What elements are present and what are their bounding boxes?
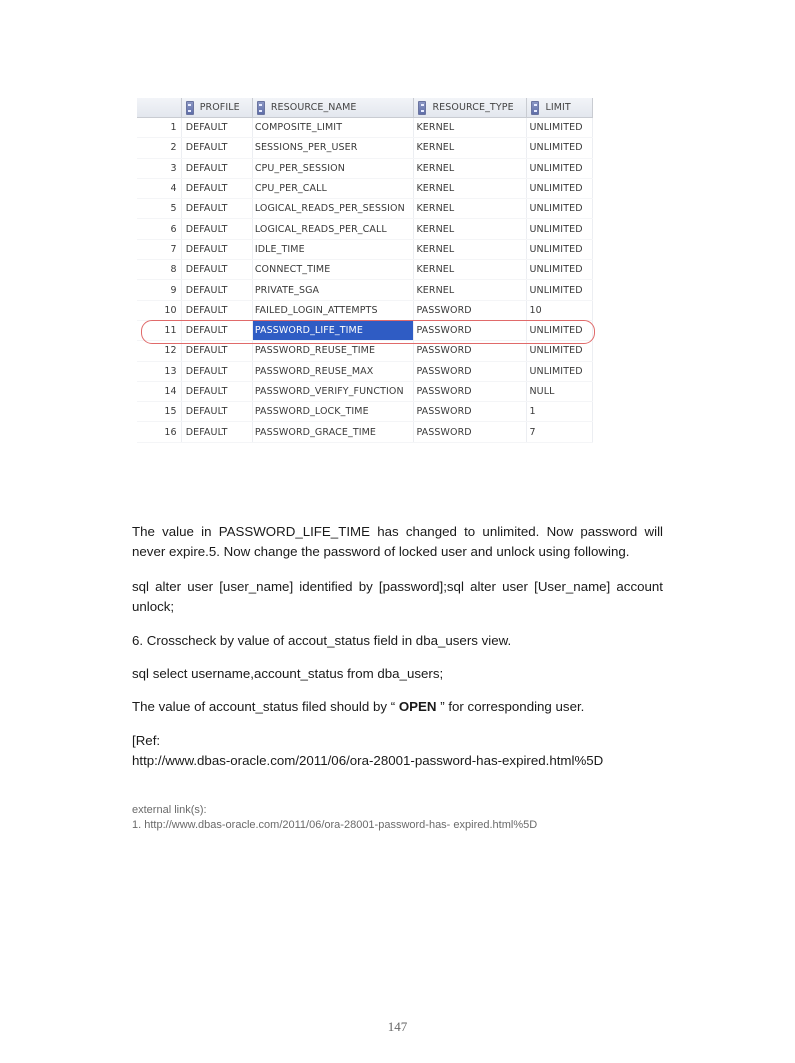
table-row[interactable]: 15DEFAULTPASSWORD_LOCK_TIMEPASSWORD1 [137,402,593,422]
cell-resource-type[interactable]: KERNEL [414,280,527,300]
row-number[interactable]: 9 [137,280,181,300]
column-header-limit[interactable]: LIMIT [527,98,593,118]
row-number[interactable]: 10 [137,300,181,320]
column-header-resource-name[interactable]: RESOURCE_NAME [252,98,414,118]
cell-resource-type[interactable]: KERNEL [414,118,527,138]
table-row[interactable]: 16DEFAULTPASSWORD_GRACE_TIMEPASSWORD7 [137,422,593,442]
cell-profile[interactable]: DEFAULT [181,178,252,198]
cell-limit[interactable]: UNLIMITED [527,260,593,280]
cell-resource-name[interactable]: PASSWORD_VERIFY_FUNCTION [252,381,414,401]
cell-resource-type[interactable]: KERNEL [414,219,527,239]
cell-resource-type[interactable]: KERNEL [414,260,527,280]
cell-resource-name[interactable]: IDLE_TIME [252,239,414,259]
cell-profile[interactable]: DEFAULT [181,118,252,138]
row-number[interactable]: 12 [137,341,181,361]
cell-limit[interactable]: UNLIMITED [527,158,593,178]
cell-limit[interactable]: 7 [527,422,593,442]
row-number[interactable]: 15 [137,402,181,422]
cell-limit[interactable]: UNLIMITED [527,341,593,361]
cell-resource-type[interactable]: KERNEL [414,199,527,219]
cell-profile[interactable]: DEFAULT [181,260,252,280]
cell-limit[interactable]: NULL [527,381,593,401]
paragraph-crosscheck: 6. Crosscheck by value of accout_status … [132,631,663,651]
cell-resource-type[interactable]: KERNEL [414,158,527,178]
table-row[interactable]: 13DEFAULTPASSWORD_REUSE_MAXPASSWORDUNLIM… [137,361,593,381]
table-row[interactable]: 2DEFAULTSESSIONS_PER_USERKERNELUNLIMITED [137,138,593,158]
row-number[interactable]: 8 [137,260,181,280]
cell-profile[interactable]: DEFAULT [181,402,252,422]
cell-resource-type[interactable]: PASSWORD [414,381,527,401]
cell-resource-type[interactable]: KERNEL [414,178,527,198]
cell-limit[interactable]: UNLIMITED [527,361,593,381]
table-row[interactable]: 8DEFAULTCONNECT_TIMEKERNELUNLIMITED [137,260,593,280]
cell-profile[interactable]: DEFAULT [181,219,252,239]
cell-profile[interactable]: DEFAULT [181,300,252,320]
reference-url[interactable]: http://www.dbas-oracle.com/2011/06/ora-2… [132,751,663,771]
cell-limit[interactable]: UNLIMITED [527,199,593,219]
row-number-header [137,98,181,118]
cell-resource-name[interactable]: PASSWORD_LOCK_TIME [252,402,414,422]
cell-profile[interactable]: DEFAULT [181,341,252,361]
sort-icon[interactable] [257,101,265,115]
cell-resource-type[interactable]: KERNEL [414,138,527,158]
cell-profile[interactable]: DEFAULT [181,280,252,300]
sort-icon[interactable] [418,101,426,115]
cell-resource-name[interactable]: LOGICAL_READS_PER_CALL [252,219,414,239]
cell-profile[interactable]: DEFAULT [181,320,252,340]
cell-limit[interactable]: UNLIMITED [527,138,593,158]
table-row[interactable]: 9DEFAULTPRIVATE_SGAKERNELUNLIMITED [137,280,593,300]
paragraph-password-life-time: The value in PASSWORD_LIFE_TIME has chan… [132,522,663,562]
table-row[interactable]: 10DEFAULTFAILED_LOGIN_ATTEMPTSPASSWORD10 [137,300,593,320]
cell-resource-name[interactable]: COMPOSITE_LIMIT [252,118,414,138]
page-number: 147 [0,1019,795,1035]
reference-label: [Ref: [132,731,663,751]
row-number[interactable]: 1 [137,118,181,138]
paragraph-open-status: The value of account_status filed should… [132,697,663,717]
cell-resource-name[interactable]: PASSWORD_LIFE_TIME [252,320,414,340]
cell-resource-type[interactable]: KERNEL [414,239,527,259]
cell-profile[interactable]: DEFAULT [181,199,252,219]
cell-resource-name[interactable]: SESSIONS_PER_USER [252,138,414,158]
resource-limits-grid: PROFILE RESOURCE_NAME RESOURCE_TYPE LIMI… [137,98,593,443]
column-header-profile[interactable]: PROFILE [181,98,252,118]
cell-limit[interactable]: UNLIMITED [527,320,593,340]
cell-resource-type[interactable]: PASSWORD [414,300,527,320]
table-row[interactable]: 7DEFAULTIDLE_TIMEKERNELUNLIMITED [137,239,593,259]
row-number[interactable]: 6 [137,219,181,239]
column-header-resource-type[interactable]: RESOURCE_TYPE [414,98,527,118]
cell-resource-name[interactable]: FAILED_LOGIN_ATTEMPTS [252,300,414,320]
cell-resource-name[interactable]: PASSWORD_GRACE_TIME [252,422,414,442]
table-row[interactable]: 11DEFAULTPASSWORD_LIFE_TIMEPASSWORDUNLIM… [137,320,593,340]
cell-resource-name[interactable]: LOGICAL_READS_PER_SESSION [252,199,414,219]
cell-resource-type[interactable]: PASSWORD [414,361,527,381]
cell-resource-name[interactable]: PASSWORD_REUSE_MAX [252,361,414,381]
cell-limit[interactable]: UNLIMITED [527,219,593,239]
row-number[interactable]: 16 [137,422,181,442]
external-links-heading: external link(s): [132,803,537,818]
grid-header-row: PROFILE RESOURCE_NAME RESOURCE_TYPE LIMI… [137,98,593,118]
sort-icon[interactable] [186,101,194,115]
cell-limit[interactable]: UNLIMITED [527,178,593,198]
cell-resource-type[interactable]: PASSWORD [414,320,527,340]
reference: [Ref: http://www.dbas-oracle.com/2011/06… [132,731,663,771]
cell-limit[interactable]: UNLIMITED [527,239,593,259]
row-number[interactable]: 4 [137,178,181,198]
cell-resource-name[interactable]: CPU_PER_SESSION [252,158,414,178]
table-row[interactable]: 6DEFAULTLOGICAL_READS_PER_CALLKERNELUNLI… [137,219,593,239]
row-number[interactable]: 13 [137,361,181,381]
table-row[interactable]: 3DEFAULTCPU_PER_SESSIONKERNELUNLIMITED [137,158,593,178]
row-number[interactable]: 2 [137,138,181,158]
row-number[interactable]: 7 [137,239,181,259]
cell-limit[interactable]: UNLIMITED [527,280,593,300]
table-row[interactable]: 12DEFAULTPASSWORD_REUSE_TIMEPASSWORDUNLI… [137,341,593,361]
row-number[interactable]: 3 [137,158,181,178]
cell-resource-name[interactable]: CONNECT_TIME [252,260,414,280]
row-number[interactable]: 14 [137,381,181,401]
table-row[interactable]: 5DEFAULTLOGICAL_READS_PER_SESSIONKERNELU… [137,199,593,219]
cell-resource-name[interactable]: CPU_PER_CALL [252,178,414,198]
cell-profile[interactable]: DEFAULT [181,239,252,259]
cell-profile[interactable]: DEFAULT [181,381,252,401]
profile-resource-table-screenshot: PROFILE RESOURCE_NAME RESOURCE_TYPE LIMI… [137,98,593,446]
cell-resource-type[interactable]: PASSWORD [414,402,527,422]
cell-limit[interactable]: 10 [527,300,593,320]
table-row[interactable]: 14DEFAULTPASSWORD_VERIFY_FUNCTIONPASSWOR… [137,381,593,401]
paragraph-select-query: sql select username,account_status from … [132,664,663,684]
cell-profile[interactable]: DEFAULT [181,361,252,381]
cell-resource-type[interactable]: PASSWORD [414,422,527,442]
external-link-item[interactable]: 1. http://www.dbas-oracle.com/2011/06/or… [132,818,537,833]
external-links: external link(s): 1. http://www.dbas-ora… [132,803,537,833]
cell-limit[interactable]: 1 [527,402,593,422]
cell-profile[interactable]: DEFAULT [181,138,252,158]
cell-resource-type[interactable]: PASSWORD [414,341,527,361]
table-row[interactable]: 1DEFAULTCOMPOSITE_LIMITKERNELUNLIMITED [137,118,593,138]
cell-limit[interactable]: UNLIMITED [527,118,593,138]
cell-profile[interactable]: DEFAULT [181,158,252,178]
open-status-text: OPEN [399,699,437,714]
cell-resource-name[interactable]: PRIVATE_SGA [252,280,414,300]
row-number[interactable]: 5 [137,199,181,219]
paragraph-alter-user: sql alter user [user_name] identified by… [132,577,663,617]
table-row[interactable]: 4DEFAULTCPU_PER_CALLKERNELUNLIMITED [137,178,593,198]
sort-icon[interactable] [531,101,539,115]
cell-resource-name[interactable]: PASSWORD_REUSE_TIME [252,341,414,361]
row-number[interactable]: 11 [137,320,181,340]
cell-profile[interactable]: DEFAULT [181,422,252,442]
grid-body: 1DEFAULTCOMPOSITE_LIMITKERNELUNLIMITED2D… [137,118,593,443]
